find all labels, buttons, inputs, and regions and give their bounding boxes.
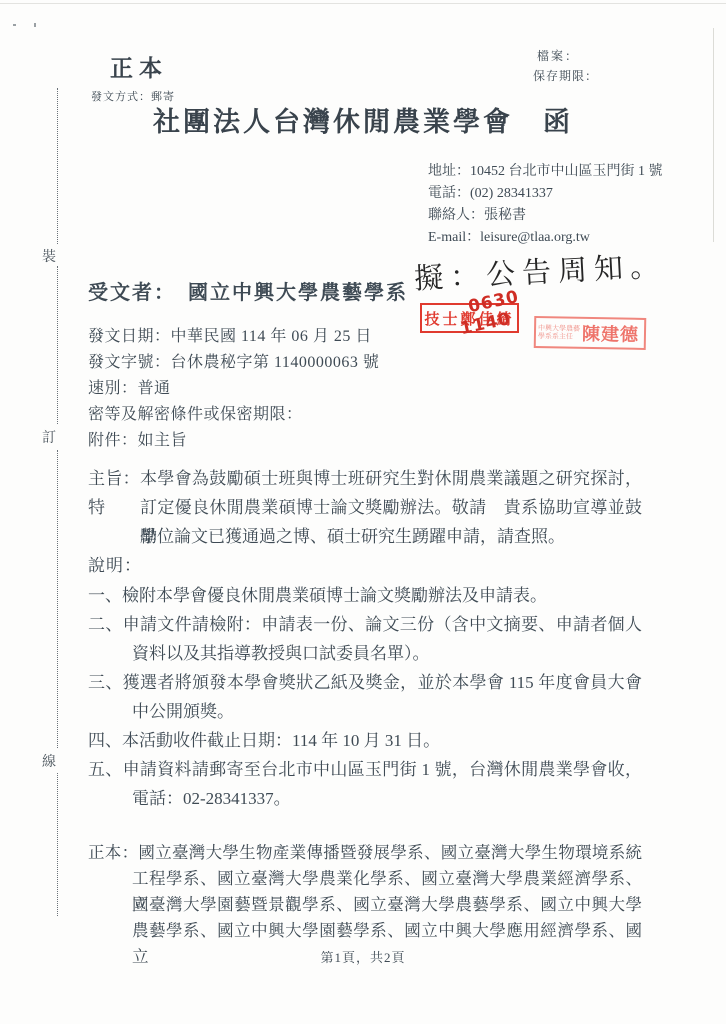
sender-contact-block: 地址：10452 台北市中山區玉門街 1 號 電話：(02) 28341337 …	[428, 161, 663, 249]
doc-number-line: 發文字號：台休農秘字第 1140000063 號	[88, 350, 379, 376]
scan-edge-top	[0, 3, 726, 4]
security-line: 密等及解密條件或保密期限：	[88, 402, 379, 428]
margin-mark-xian: 線	[38, 751, 60, 771]
document-meta-block: 發文日期：中華民國 114 年 06 月 25 日 發文字號：台休農秘字第 11…	[88, 324, 379, 454]
attachment-line: 附件：如主旨	[88, 428, 379, 454]
department-chair-stamp: 中興大學農藝 學系系主任 陳建德	[534, 316, 647, 350]
document-title: 社團法人台灣休閒農業學會 函	[0, 100, 726, 139]
explanation-item-line: 五、申請資料請郵寄至台北市中山區玉門街 1 號，台灣休閒農業學會收，	[88, 755, 642, 784]
recipients-line: 立臺灣大學園藝暨景觀學系、國立臺灣大學農藝學系、國立中興大學	[132, 892, 642, 918]
speed-line: 速別：普通	[88, 376, 379, 402]
explanation-item-line: 四、本活動收件截止日期：114 年 10 月 31 日。	[88, 726, 642, 755]
handwritten-note: 擬：公告周知。	[413, 243, 667, 297]
binding-dotted-line	[57, 450, 58, 748]
subject-paragraph: 主旨：本學會為鼓勵碩士班與博士班研究生對休閒農業議題之研究探討，特 訂定優良休閒…	[88, 464, 642, 551]
page-number-footer: 第1頁，共2頁	[0, 947, 726, 966]
chair-stamp-name: 陳建德	[582, 320, 639, 347]
explanation-list: 一、檢附本學會優良休閒農業碩博士論文獎勵辦法及申請表。 二、申請文件請檢附：申請…	[88, 581, 642, 813]
sender-contact-person: 聯絡人：張秘書	[428, 205, 663, 227]
explanation-item-line: 三、獲選者將頒發本學會獎狀乙紙及獎金，並於本學會 115 年度會員大會	[88, 668, 642, 697]
explanation-item-line: 資料以及其指導教授與口試委員名單）。	[132, 639, 642, 668]
scan-speck	[34, 23, 36, 27]
binding-dotted-line	[57, 773, 58, 916]
margin-mark-zhuang: 裝	[38, 246, 60, 266]
subject-line: 主旨：本學會為鼓勵碩士班與博士班研究生對休閒農業議題之研究探討，特	[88, 464, 642, 493]
subject-line: 訂定優良休閒農業碩博士論文獎勵辦法。敬請 貴系協助宣導並鼓勵	[140, 493, 642, 522]
sender-phone: 電話：(02) 28341337	[428, 183, 663, 205]
retention-field-label: 保存期限：	[533, 67, 598, 84]
scanned-official-letter: 裝 訂 線 正本 檔案： 保存期限： 發文方式：郵寄 社團法人台灣休閒農業學會 …	[0, 0, 726, 1024]
chair-stamp-title: 中興大學農藝 學系系主任	[538, 324, 580, 341]
recipients-line: 正本：國立臺灣大學生物產業傳播暨發展學系、國立臺灣大學生物環境系統	[88, 840, 642, 866]
explanation-item-line: 電話：02-28341337。	[132, 784, 642, 813]
recipients-line: 工程學系、國立臺灣大學農業化學系、國立臺灣大學農業經濟學系、國	[132, 866, 642, 892]
sender-address: 地址：10452 台北市中山區玉門街 1 號	[428, 161, 663, 183]
issue-date-line: 發文日期：中華民國 114 年 06 月 25 日	[88, 324, 379, 350]
margin-mark-ding: 訂	[38, 427, 60, 447]
explanation-item-line: 中公開頒獎。	[132, 697, 642, 726]
subject-line: 學位論文已獲通過之博、碩士研究生踴躍申請，請查照。	[140, 522, 642, 551]
explanation-item-line: 二、申請文件請檢附：申請表一份、論文三份（含中文摘要、申請者個人	[88, 610, 642, 639]
recipient-line: 受文者： 國立中興大學農藝學系	[88, 276, 408, 305]
file-field-label: 檔案：	[537, 47, 579, 64]
copy-type-label: 正本	[110, 50, 168, 83]
binding-dotted-line	[57, 266, 58, 424]
original-recipients-paragraph: 正本：國立臺灣大學生物產業傳播暨發展學系、國立臺灣大學生物環境系統 工程學系、國…	[88, 840, 642, 944]
explanation-item-line: 一、檢附本學會優良休閒農業碩博士論文獎勵辦法及申請表。	[88, 581, 642, 610]
recipients-line: 農藝學系、國立中興大學園藝學系、國立中興大學應用經濟學系、國立	[132, 918, 642, 944]
chair-stamp-title-bottom: 學系系主任	[538, 332, 580, 341]
explanation-label: 說明：	[88, 551, 142, 576]
scan-speck	[13, 24, 16, 26]
